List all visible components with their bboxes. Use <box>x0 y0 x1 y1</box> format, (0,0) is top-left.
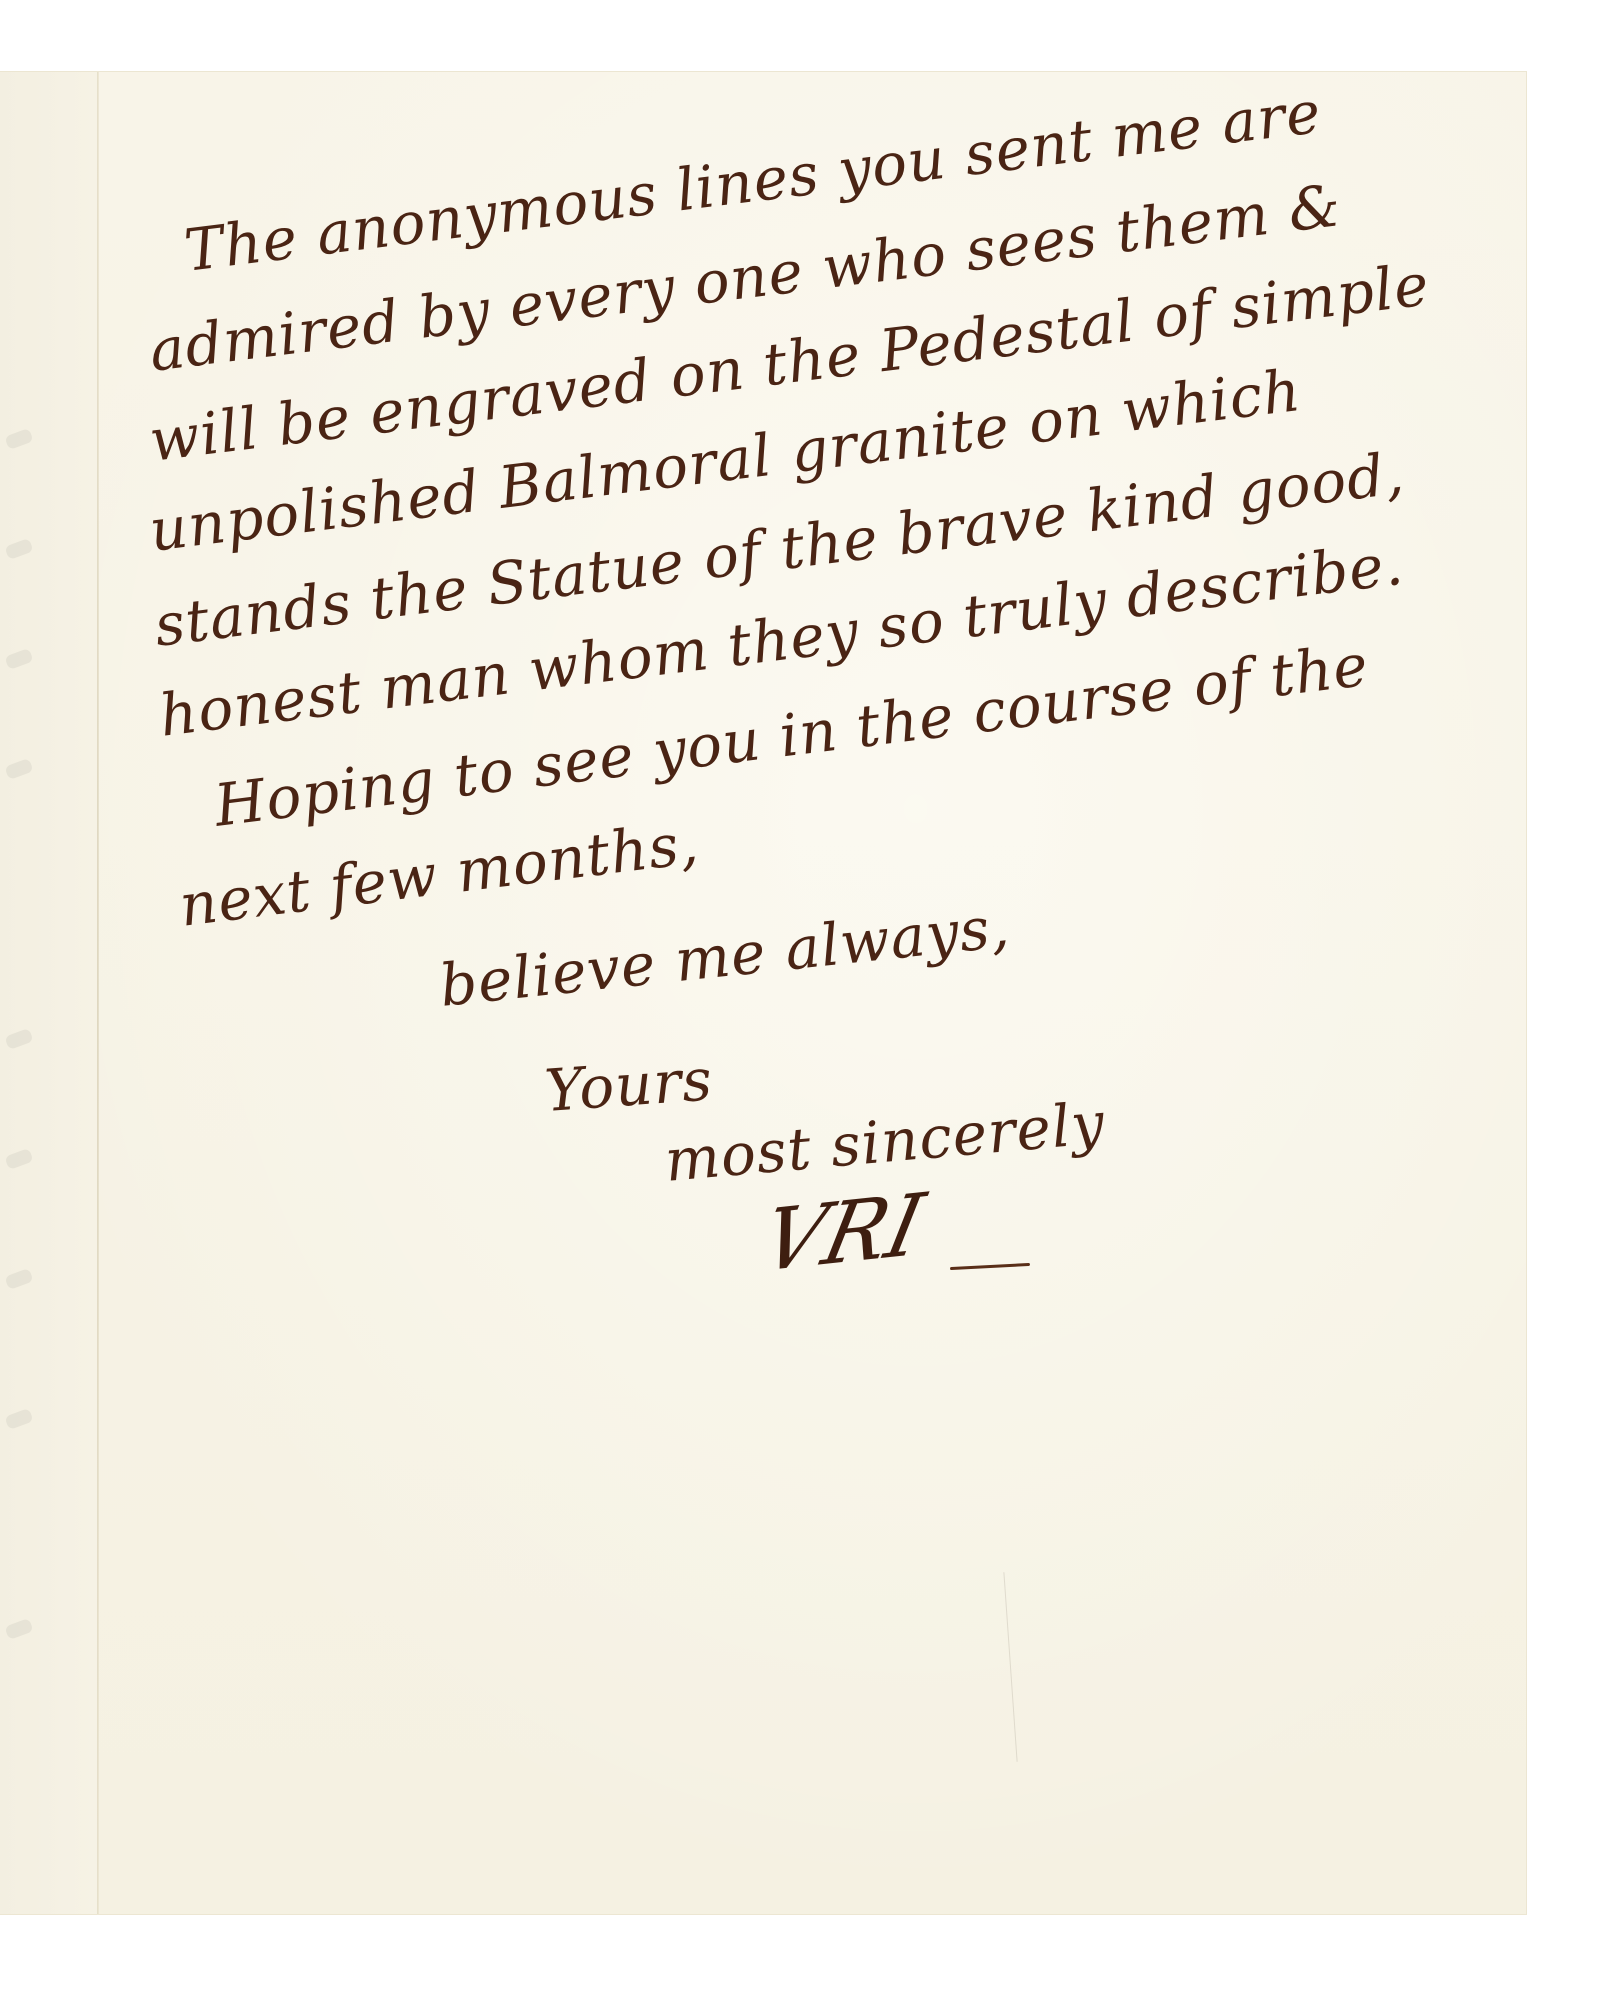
letter-body: The anonymous lines you sent me are admi… <box>0 72 1526 1914</box>
signature-flourish <box>950 1263 1030 1270</box>
closing-line-yours: Yours <box>543 1045 715 1125</box>
letter-page: The anonymous lines you sent me are admi… <box>0 72 1526 1914</box>
signature: VRI <box>754 1174 932 1291</box>
closing-line-believe: believe me always, <box>436 892 1012 1019</box>
